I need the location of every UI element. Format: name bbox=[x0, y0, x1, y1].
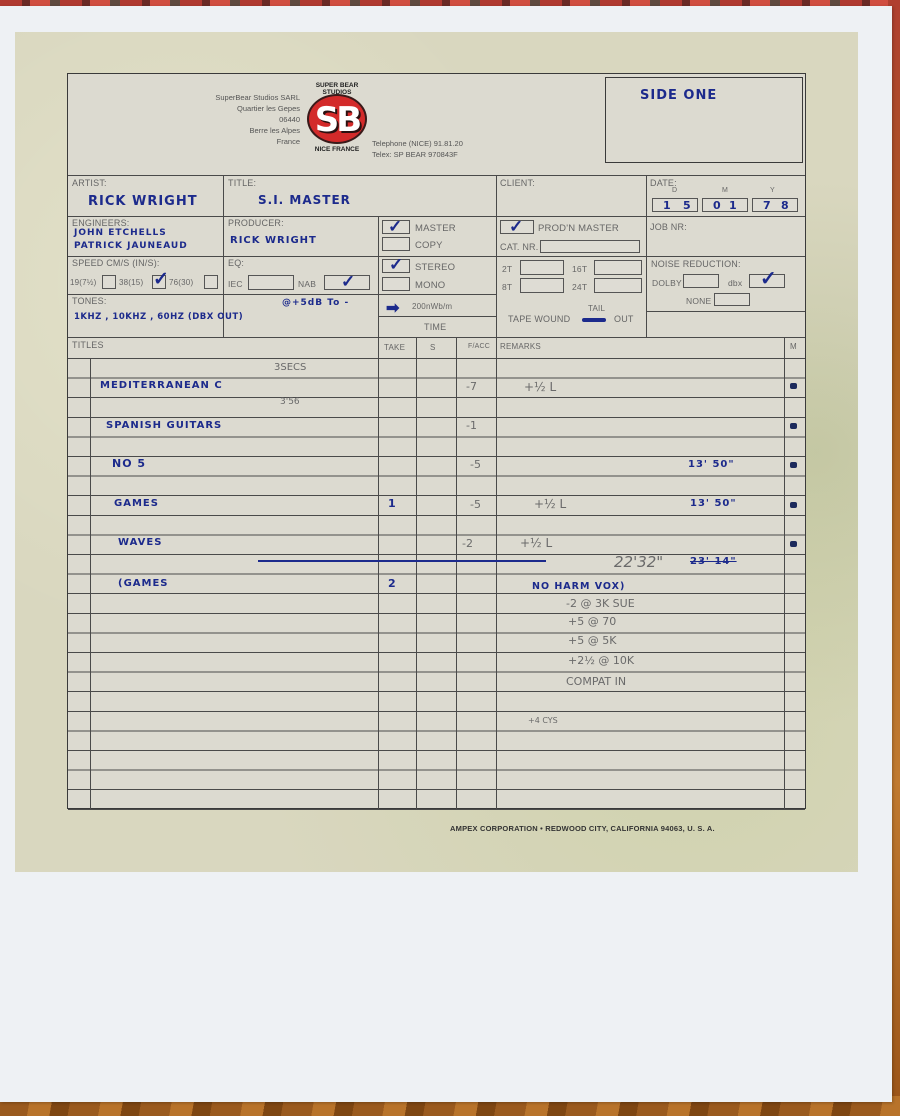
date-day-box[interactable]: 1 5 bbox=[652, 198, 698, 212]
none-label: NONE bbox=[686, 296, 711, 306]
eq-note: +5 @ 5K bbox=[568, 634, 616, 647]
take-header: TAKE bbox=[384, 343, 405, 352]
track-24t-box[interactable] bbox=[594, 278, 642, 293]
eq-label: EQ: bbox=[228, 258, 244, 268]
super-bear-logo: SUPER BEAR STUDIOS SB NICE FRANCE bbox=[306, 80, 368, 162]
dolby-checkbox[interactable] bbox=[683, 274, 719, 288]
remark-value: +½ L bbox=[524, 380, 556, 394]
eq-note: +5 @ 70 bbox=[568, 615, 616, 628]
m-header: M bbox=[790, 342, 797, 351]
divider bbox=[378, 216, 379, 337]
address-line: Berre les Alpes bbox=[198, 125, 300, 136]
eq-iec-checkbox[interactable] bbox=[248, 275, 294, 290]
tape-wound-label: TAPE WOUND bbox=[508, 314, 570, 324]
checkmark-icon: ✓ bbox=[153, 270, 169, 289]
dbx-checkbox[interactable]: ✓ bbox=[749, 274, 785, 288]
remarks-header: REMARKS bbox=[500, 342, 541, 351]
title-value: S.I. MASTER bbox=[258, 193, 351, 207]
time-label: TIME bbox=[424, 322, 446, 332]
date-month-label: M bbox=[722, 187, 728, 194]
track-time: 13' 50" bbox=[690, 498, 737, 509]
date-digit: 8 bbox=[781, 199, 790, 212]
master-checkbox[interactable]: ✓ bbox=[382, 220, 410, 234]
m-mark bbox=[790, 502, 797, 508]
producer-label: PRODUCER: bbox=[228, 218, 284, 228]
checkmark-icon: ✓ bbox=[389, 256, 403, 273]
track-time: 13' 50" bbox=[688, 459, 735, 470]
track-16t-label: 16T bbox=[572, 264, 587, 274]
telex: Telex: SP BEAR 970843F bbox=[372, 149, 463, 160]
speed-option-label: 19(7½) bbox=[70, 278, 97, 287]
title-label: TITLE: bbox=[228, 178, 256, 188]
master-label: MASTER bbox=[415, 223, 456, 234]
divider bbox=[646, 311, 805, 312]
none-checkbox[interactable] bbox=[714, 293, 750, 306]
tones-label: TONES: bbox=[72, 296, 107, 306]
date-digit: 7 bbox=[763, 199, 772, 212]
speed-option-label: 38(15) bbox=[119, 278, 143, 287]
track-title: SPANISH GUITARS bbox=[106, 420, 222, 431]
m-mark bbox=[790, 383, 797, 389]
checkmark-icon: ✓ bbox=[760, 269, 777, 289]
speed-38-checkbox[interactable]: ✓ bbox=[152, 275, 166, 289]
date-digit: 0 bbox=[713, 199, 722, 212]
eq-note: +2½ @ 10K bbox=[568, 654, 634, 667]
speed-option-label: 76(30) bbox=[169, 278, 193, 287]
tones-value: 1KHZ , 10KHZ , 60HZ (DBX OUT) bbox=[74, 312, 243, 322]
take-value: 1 bbox=[388, 497, 397, 510]
ampex-footer: AMPEX CORPORATION • REDWOOD CITY, CALIFO… bbox=[450, 824, 715, 833]
eq-iec-label: IEC bbox=[228, 279, 243, 289]
track-8t-label: 8T bbox=[502, 282, 512, 292]
track-title: (GAMES bbox=[118, 578, 169, 589]
track-title: GAMES bbox=[114, 498, 159, 509]
address-line: SuperBear Studios SARL bbox=[198, 92, 300, 103]
prodn-master-checkbox[interactable]: ✓ bbox=[500, 220, 534, 234]
telephone: Telephone (NICE) 91.81.20 bbox=[372, 138, 463, 149]
engineer-name: PATRICK JAUNEAUD bbox=[74, 241, 188, 251]
mono-checkbox[interactable] bbox=[382, 277, 410, 291]
track-title: NO 5 bbox=[112, 457, 146, 470]
divider bbox=[68, 216, 805, 217]
address-line: France bbox=[198, 136, 300, 147]
date-digit: 1 bbox=[663, 199, 672, 212]
total-time-pencil: 22'32" bbox=[614, 553, 663, 571]
arrow-right-icon: ➡ bbox=[386, 298, 399, 318]
dolby-label: DOLBY bbox=[652, 278, 682, 288]
noise-reduction-label: NOISE REDUCTION: bbox=[651, 259, 741, 269]
tape-wound-tail: TAIL bbox=[588, 304, 605, 313]
track-title: MEDITERRANEAN C bbox=[100, 380, 223, 391]
f-acc-value: -2 bbox=[462, 537, 473, 550]
take-value: 2 bbox=[388, 577, 397, 590]
track-24t-label: 24T bbox=[572, 282, 587, 292]
eq-note: -2 @ 3K SUE bbox=[566, 597, 635, 610]
date-year-label: Y bbox=[770, 187, 775, 194]
s-header: S bbox=[430, 343, 436, 352]
eq-note: +4 CYS bbox=[528, 716, 558, 725]
f-acc-value: -5 bbox=[470, 458, 481, 471]
address-line: 06440 bbox=[198, 114, 300, 125]
total-underline bbox=[258, 560, 546, 562]
studio-address: SuperBear Studios SARL Quartier les Gepe… bbox=[198, 92, 300, 147]
tones-level-annotation: @+5dB To - bbox=[282, 298, 349, 308]
date-digit: 1 bbox=[729, 199, 738, 212]
remark-value: +½ L bbox=[520, 536, 552, 550]
speed-label: SPEED cm/s (in/s): bbox=[72, 258, 160, 268]
track-2t-label: 2T bbox=[502, 264, 512, 274]
stereo-checkbox[interactable]: ✓ bbox=[382, 259, 410, 273]
speed-19-checkbox[interactable] bbox=[102, 275, 116, 289]
engineer-name: JOHN ETCHELLS bbox=[74, 228, 167, 238]
date-year-box[interactable]: 7 8 bbox=[752, 198, 798, 212]
total-time-ink: 23' 14" bbox=[690, 556, 737, 567]
logo-initials: SB bbox=[307, 94, 367, 144]
speed-76-checkbox[interactable] bbox=[204, 275, 218, 289]
f-acc-value: -7 bbox=[466, 380, 477, 393]
producer-value: RICK WRIGHT bbox=[230, 235, 317, 246]
divider bbox=[68, 256, 805, 257]
checkmark-icon: ✓ bbox=[341, 273, 355, 290]
track-title: WAVES bbox=[118, 537, 162, 548]
cat-nr-field[interactable] bbox=[540, 240, 640, 253]
job-nr-label: JOB Nr: bbox=[650, 222, 687, 232]
f-acc-value: -1 bbox=[466, 419, 477, 432]
pencil-note: 3'56 bbox=[280, 397, 300, 407]
eq-note: COMPAT IN bbox=[566, 675, 626, 688]
m-mark bbox=[790, 462, 797, 468]
m-mark bbox=[790, 541, 797, 547]
date-digit: 5 bbox=[683, 199, 692, 212]
pencil-note: 3SECS bbox=[274, 362, 306, 373]
date-month-box[interactable]: 0 1 bbox=[702, 198, 748, 212]
level-label: 200nWb/m bbox=[412, 302, 452, 311]
mono-label: MONO bbox=[415, 280, 445, 291]
remark-value: NO HARM VOX) bbox=[532, 581, 625, 592]
divider bbox=[68, 175, 805, 176]
track-8t-box[interactable] bbox=[520, 278, 564, 293]
f-acc-header: F/ACC bbox=[468, 343, 490, 350]
remark-value: +½ L bbox=[534, 497, 566, 511]
checkmark-icon: ✓ bbox=[388, 218, 402, 235]
checkmark-icon: ✓ bbox=[509, 218, 523, 235]
side-box: SIDE ONE bbox=[605, 77, 803, 163]
prodn-master-label: PROD'N MASTER bbox=[538, 223, 619, 234]
eq-nab-checkbox[interactable]: ✓ bbox=[324, 275, 370, 290]
titles-header: TITLES bbox=[72, 340, 104, 350]
head-crossed-out bbox=[582, 318, 606, 322]
logo-bottom-text: NICE FRANCE bbox=[314, 146, 360, 153]
track-2t-box[interactable] bbox=[520, 260, 564, 275]
engineers-label: ENGINEERS: bbox=[72, 218, 130, 228]
f-acc-value: -5 bbox=[470, 498, 481, 511]
track-16t-box[interactable] bbox=[594, 260, 642, 275]
copy-checkbox[interactable] bbox=[382, 237, 410, 251]
dbx-label: dbx bbox=[728, 278, 742, 288]
studio-contact: Telephone (NICE) 91.81.20 Telex: SP BEAR… bbox=[372, 138, 463, 160]
artist-value: RICK WRIGHT bbox=[88, 194, 198, 209]
cat-nr-label: CAT. Nr. bbox=[500, 242, 538, 252]
recording-session-form: SuperBear Studios SARL Quartier les Gepe… bbox=[67, 73, 806, 809]
eq-nab-label: NAB bbox=[298, 279, 316, 289]
copy-label: COPY bbox=[415, 240, 443, 251]
artist-label: ARTIST: bbox=[72, 178, 107, 188]
date-day-label: D bbox=[672, 187, 677, 194]
address-line: Quartier les Gepes bbox=[198, 103, 300, 114]
divider bbox=[68, 337, 805, 338]
client-label: CLIENT: bbox=[500, 178, 535, 188]
tape-wound-out: OUT bbox=[614, 314, 634, 324]
m-mark bbox=[790, 423, 797, 429]
stereo-label: STEREO bbox=[415, 262, 455, 273]
side-label: SIDE ONE bbox=[640, 88, 717, 103]
divider bbox=[68, 294, 496, 295]
